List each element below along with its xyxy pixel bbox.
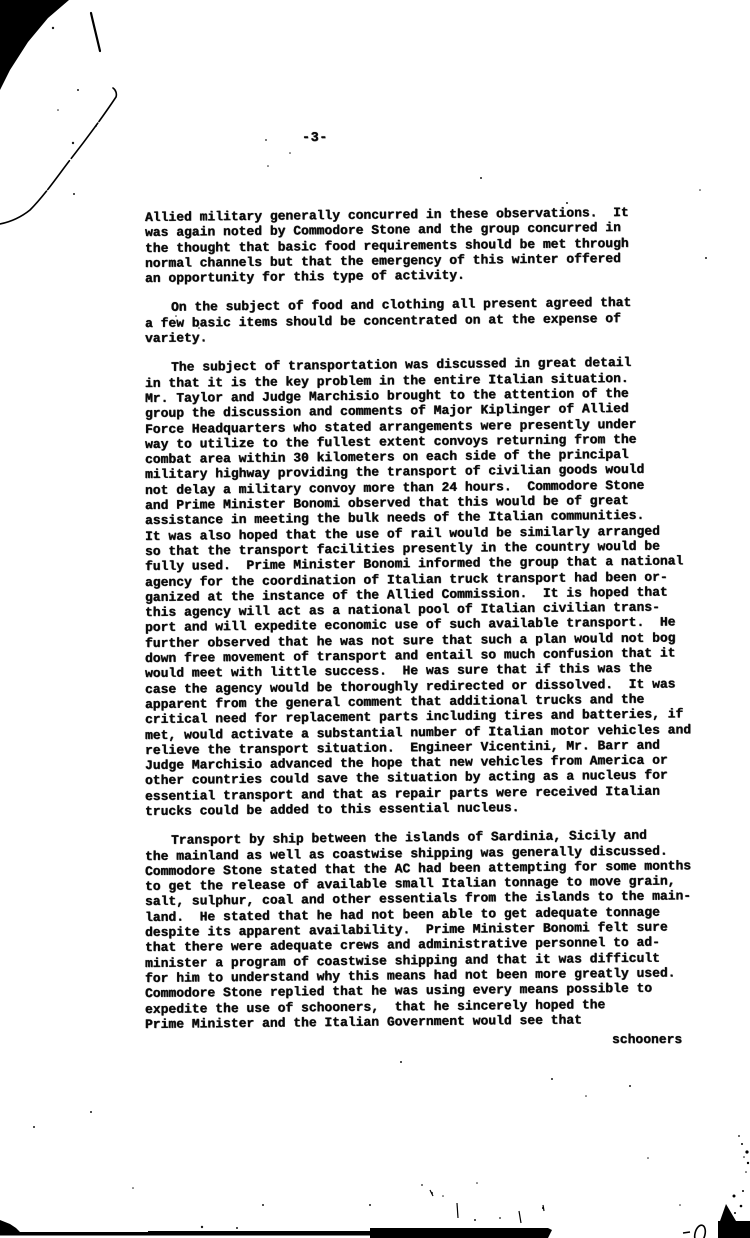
pen-scratch-mark-long (0, 88, 116, 224)
paragraph: On the subject of food and clothing all … (145, 295, 711, 347)
paragraph: Transport by ship between the islands of… (145, 827, 711, 1032)
catchword: schooners (612, 1032, 682, 1047)
scanned-page: -3- Allied military generally concurred … (0, 0, 750, 1238)
corner-fold-mark (0, 0, 69, 90)
tick-marks (430, 1190, 544, 1223)
handwritten-zero-mark (683, 1224, 707, 1238)
paragraph: The subject of transportation was discus… (145, 354, 711, 819)
paragraph: Allied military generally concurred in t… (145, 204, 711, 286)
pen-scratch-mark-short (91, 13, 100, 51)
scan-edge-bar (0, 1220, 552, 1238)
document-text: Allied military generally concurred in t… (145, 204, 711, 1046)
page-number: -3- (302, 131, 328, 146)
scan-corner-blob (718, 1135, 750, 1238)
